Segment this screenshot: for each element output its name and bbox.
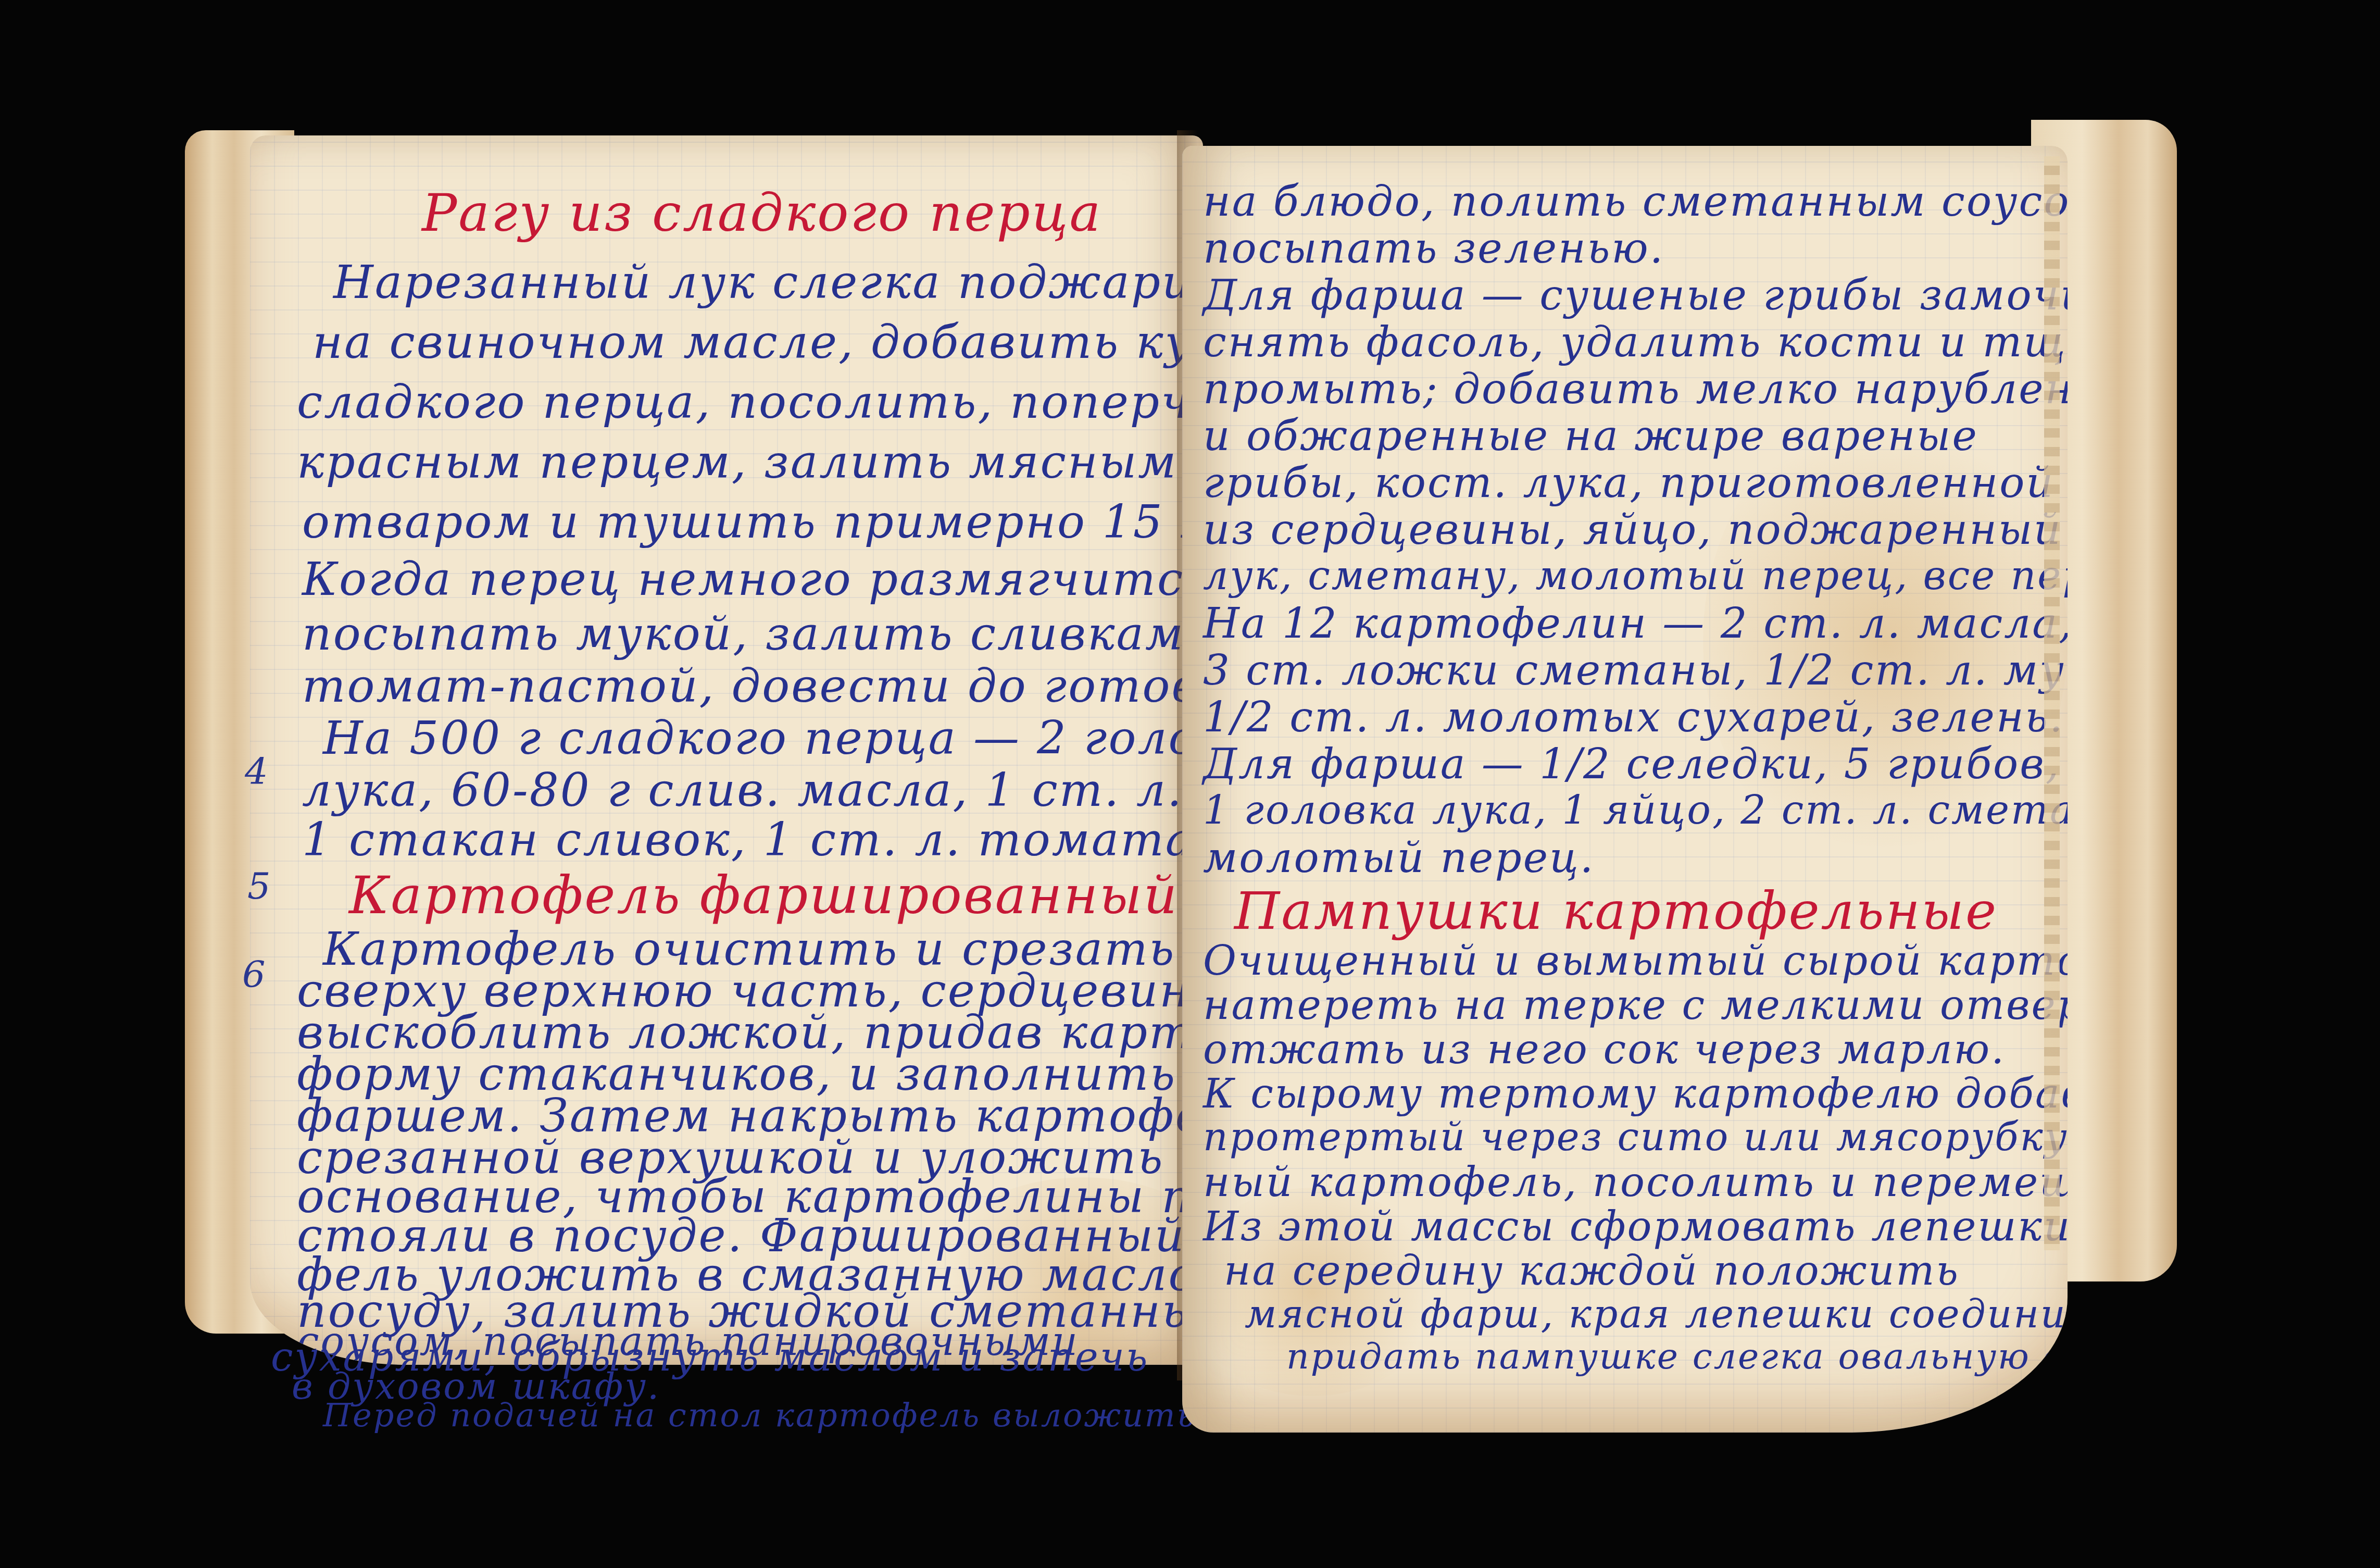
recipe-line: отжать из него сок через марлю. xyxy=(1203,1026,2006,1073)
recipe-line: на блюдо, полить сметанным соусом, xyxy=(1203,177,2068,226)
recipe-line: На 500 г сладкого перца — 2 головки xyxy=(323,711,1203,765)
recipe-line: лук, сметану, молотый перец, все перемеш… xyxy=(1203,552,2068,599)
left-page: Рагу из сладкого перца Нарезанный лук сл… xyxy=(250,135,1203,1365)
recipe-line: придать пампушке слегка овальную форму. xyxy=(1286,1336,2068,1377)
recipe-line: 1 стакан сливок, 1 ст. л. томата-пасты. xyxy=(302,813,1203,866)
recipe-line: протертый через сито или мясорубку варе- xyxy=(1203,1115,2068,1160)
recipe-line: 1/2 ст. л. молотых сухарей, зелень. xyxy=(1203,693,2064,741)
recipe-line: на середину каждой положить xyxy=(1224,1248,1960,1295)
recipe-line: ный картофель, посолить и перемешать. xyxy=(1203,1159,2068,1206)
recipe-line: молотый перец. xyxy=(1203,833,1595,882)
recipe-line: Для фарша — сушеные грибы замочить в вод… xyxy=(1203,271,2068,319)
recipe-line: из сердцевины, яйцо, поджаренный xyxy=(1203,505,2062,554)
recipe-line: Перед подачей на стол картофель выложить xyxy=(323,1396,1196,1434)
recipe-line: на свиночном масле, добавить куски xyxy=(312,315,1203,369)
recipe-line: красным перцем, залить мясным xyxy=(297,435,1178,489)
recipe-line: отваром и тушить примерно 15 минут. xyxy=(302,495,1203,549)
recipe-line: лука, 60-80 г слив. масла, 1 ст. л. муки… xyxy=(302,763,1203,817)
page-margin-number: 6 xyxy=(242,953,266,996)
recipe-line: томат-пастой, довести до готовности. xyxy=(302,659,1203,713)
recipe-line: К сырому тертому картофелю добавить xyxy=(1203,1071,2068,1117)
right-page: на блюдо, полить сметанным соусом, посып… xyxy=(1182,146,2068,1433)
recipe-line: посыпать мукой, залить сливками и xyxy=(302,607,1203,661)
recipe-line: снять фасоль, удалить кости и тщательно xyxy=(1203,318,2068,366)
recipe-line: 1 головка лука, 1 яйцо, 2 ст. л. сметаны… xyxy=(1203,787,2068,833)
page-margin-number: 4 xyxy=(245,750,268,793)
page-margin-number: 5 xyxy=(247,865,271,907)
recipe-line: Очищенный и вымытый сырой картофель xyxy=(1203,938,2068,985)
recipe-line: Нарезанный лук слегка поджарить xyxy=(333,255,1203,309)
recipe-line: Когда перец немного размягчится, xyxy=(302,552,1203,606)
torn-page-edge xyxy=(2044,156,2060,1250)
recipe-line: мясной фарш, края лепешки соединить, xyxy=(1245,1292,2068,1337)
recipe-line: натереть на терке с мелкими отверстиями, xyxy=(1203,982,2068,1029)
recipe-line: Из этой массы сформовать лепешки, xyxy=(1203,1203,2068,1250)
recipe-line: 3 ст. ложки сметаны, 1/2 ст. л. муки, xyxy=(1203,646,2068,694)
recipe-line: На 12 картофелин — 2 ст. л. масла, xyxy=(1203,599,2068,648)
recipe-title: Пампушки картофельные xyxy=(1234,880,1998,941)
recipe-line: посыпать зеленью. xyxy=(1203,224,1664,272)
recipe-line: промыть; добавить мелко нарубленные xyxy=(1203,365,2068,413)
recipe-line: грибы, кост. лука, приготовленной xyxy=(1203,458,2055,507)
recipe-line: и обжаренные на жире вареные xyxy=(1203,412,1978,460)
recipe-title: Картофель фаршированный xyxy=(349,865,1179,926)
recipe-line: сладкого перца, посолить, поперчить xyxy=(297,375,1203,429)
recipe-title: Рагу из сладкого перца xyxy=(422,182,1102,243)
recipe-line: Для фарша — 1/2 селедки, 5 грибов, xyxy=(1203,740,2060,788)
